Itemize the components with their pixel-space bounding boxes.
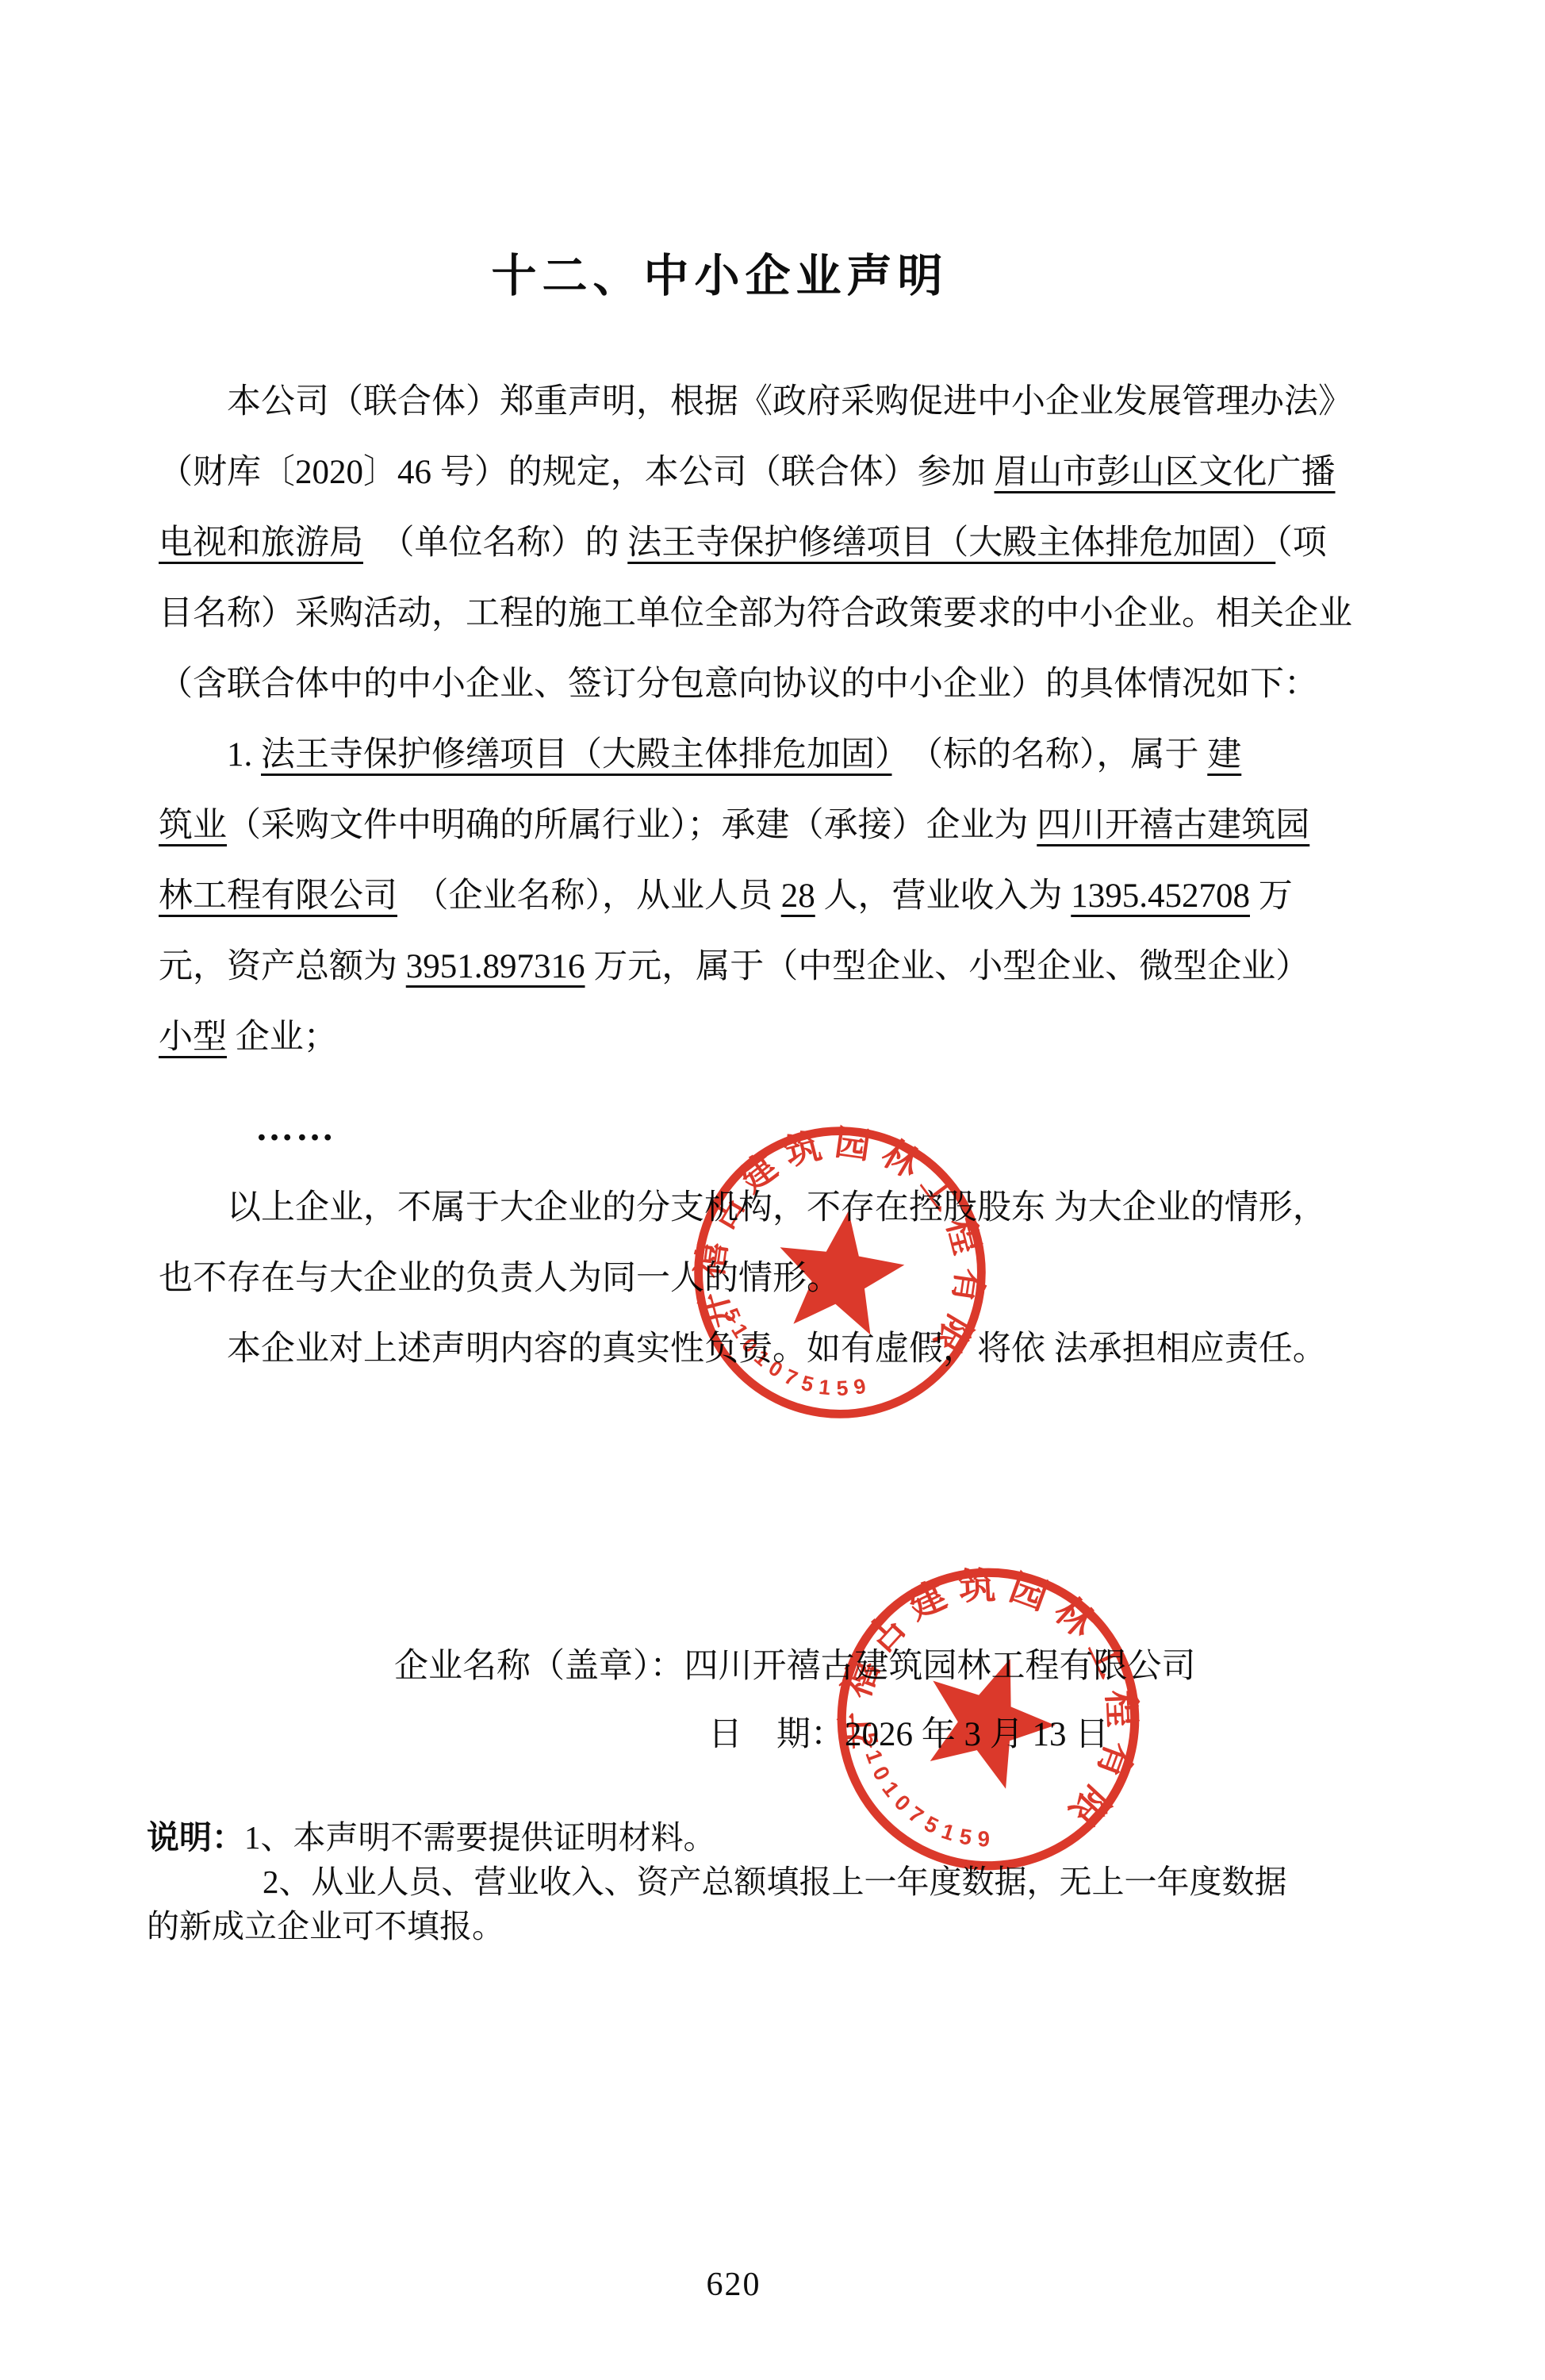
text-line: （财库〔2020〕46 号）的规定，本公司（联合体）参加 眉山市彭山区文化广播: [159, 437, 1396, 508]
ellipsis-placeholder: ……: [255, 1104, 336, 1152]
text-line: 目名称）采购活动，工程的施工单位全部为符合政策要求的中小企业。相关企业: [159, 578, 1396, 649]
text-segment: 人，营业收入为: [815, 877, 1072, 915]
note-line-2: 2、从业人员、营业收入、资产总额填报上一年度数据，无上一年度数据: [147, 1860, 1432, 1904]
document-page: 十二、中小企业声明 本公司（联合体）郑重声明，根据《政府采购促进中小企业发展管理…: [0, 0, 1545, 2380]
page-number: 620: [0, 2266, 1467, 2304]
text-segment: 万: [1250, 877, 1293, 915]
document-title: 十二、中小企业声明: [0, 240, 1440, 305]
note-1-text: 1、本声明不需要提供证明材料。: [244, 1819, 716, 1856]
text-segment: 1.: [159, 736, 261, 773]
underlined-field-value: 法王寺保护修缮项目（大殿主体排危加固）: [627, 524, 1275, 562]
star-icon: [907, 1637, 1072, 1798]
text-line: 元，资产总额为 3951.897316 万元，属于（中型企业、小型企业、微型企业…: [159, 931, 1396, 1002]
declaration-paragraph-1: 本公司（联合体）郑重声明，根据《政府采购促进中小企业发展管理办法》（财库〔202…: [159, 367, 1396, 1073]
note-line-3: 的新成立企业可不填报。: [147, 1904, 1432, 1948]
underlined-field-value: 建: [1207, 736, 1241, 773]
underlined-field-value: 林工程有限公司: [159, 877, 397, 915]
text-segment: 企业；: [227, 1019, 338, 1056]
text-line: 电视和旅游局 （单位名称）的 法王寺保护修缮项目（大殿主体排危加固）（项: [159, 508, 1396, 578]
underlined-field-value: 筑业: [159, 807, 227, 844]
text-line: 小型 企业；: [159, 1002, 1396, 1073]
underlined-field-value: 1395.452708: [1071, 877, 1250, 915]
underlined-field-value: 眉山市彭山区文化广播: [995, 454, 1336, 491]
note-line-1: 说明：1、本声明不需要提供证明材料。: [147, 1815, 1432, 1860]
text-segment: （含联合体中的中小企业、签订分包意向协议的中小企业）的具体情况如下：: [159, 666, 1318, 703]
star-icon: [770, 1202, 911, 1338]
text-line: 筑业（采购文件中明确的所属行业）；承建（承接）企业为 四川开禧古建筑园: [159, 790, 1396, 861]
underlined-field-value: 小型: [159, 1019, 227, 1056]
notes-label: 说明：: [147, 1819, 244, 1856]
text-segment: 目名称）采购活动，工程的施工单位全部为符合政策要求的中小企业。相关企业: [159, 595, 1352, 632]
text-segment: （项: [1275, 524, 1327, 562]
text-line: （含联合体中的中小企业、签订分包意向协议的中小企业）的具体情况如下：: [159, 649, 1396, 720]
text-segment: （标的名称），属于: [892, 736, 1208, 773]
text-line: 1. 法王寺保护修缮项目（大殿主体排危加固） （标的名称），属于 建: [159, 720, 1396, 790]
text-segment: （单位名称）的: [363, 524, 627, 562]
text-segment: （采购文件中明确的所属行业）；承建（承接）企业为: [227, 807, 1037, 844]
underlined-field-value: 28: [781, 877, 815, 915]
text-segment: 万元，属于（中型企业、小型企业、微型企业）: [585, 948, 1310, 985]
company-seal-bottom: 四川开禧古建筑园林工程有限公司 5101075159634: [827, 1558, 1149, 1880]
underlined-field-value: 电视和旅游局: [159, 524, 363, 562]
underlined-field-value: 法王寺保护修缮项目（大殿主体排危加固）: [261, 736, 892, 773]
text-segment: 元，资产总额为: [159, 948, 406, 985]
text-line: 本公司（联合体）郑重声明，根据《政府采购促进中小企业发展管理办法》: [159, 367, 1396, 437]
company-seal-top: 四川开禧古建筑园林工程有限公司 5101075159634: [684, 1117, 995, 1428]
underlined-field-value: 3951.897316: [406, 948, 585, 985]
notes-section: 说明：1、本声明不需要提供证明材料。 2、从业人员、营业收入、资产总额填报上一年…: [147, 1815, 1432, 1948]
text-line: 林工程有限公司 （企业名称），从业人员 28 人，营业收入为 1395.4527…: [159, 861, 1396, 931]
text-segment: （财库〔2020〕46 号）的规定，本公司（联合体）参加: [159, 454, 995, 491]
text-segment: （企业名称），从业人员: [397, 877, 781, 915]
underlined-field-value: 四川开禧古建筑园: [1037, 807, 1309, 844]
text-segment: 本公司（联合体）郑重声明，根据《政府采购促进中小企业发展管理办法》: [159, 383, 1352, 420]
